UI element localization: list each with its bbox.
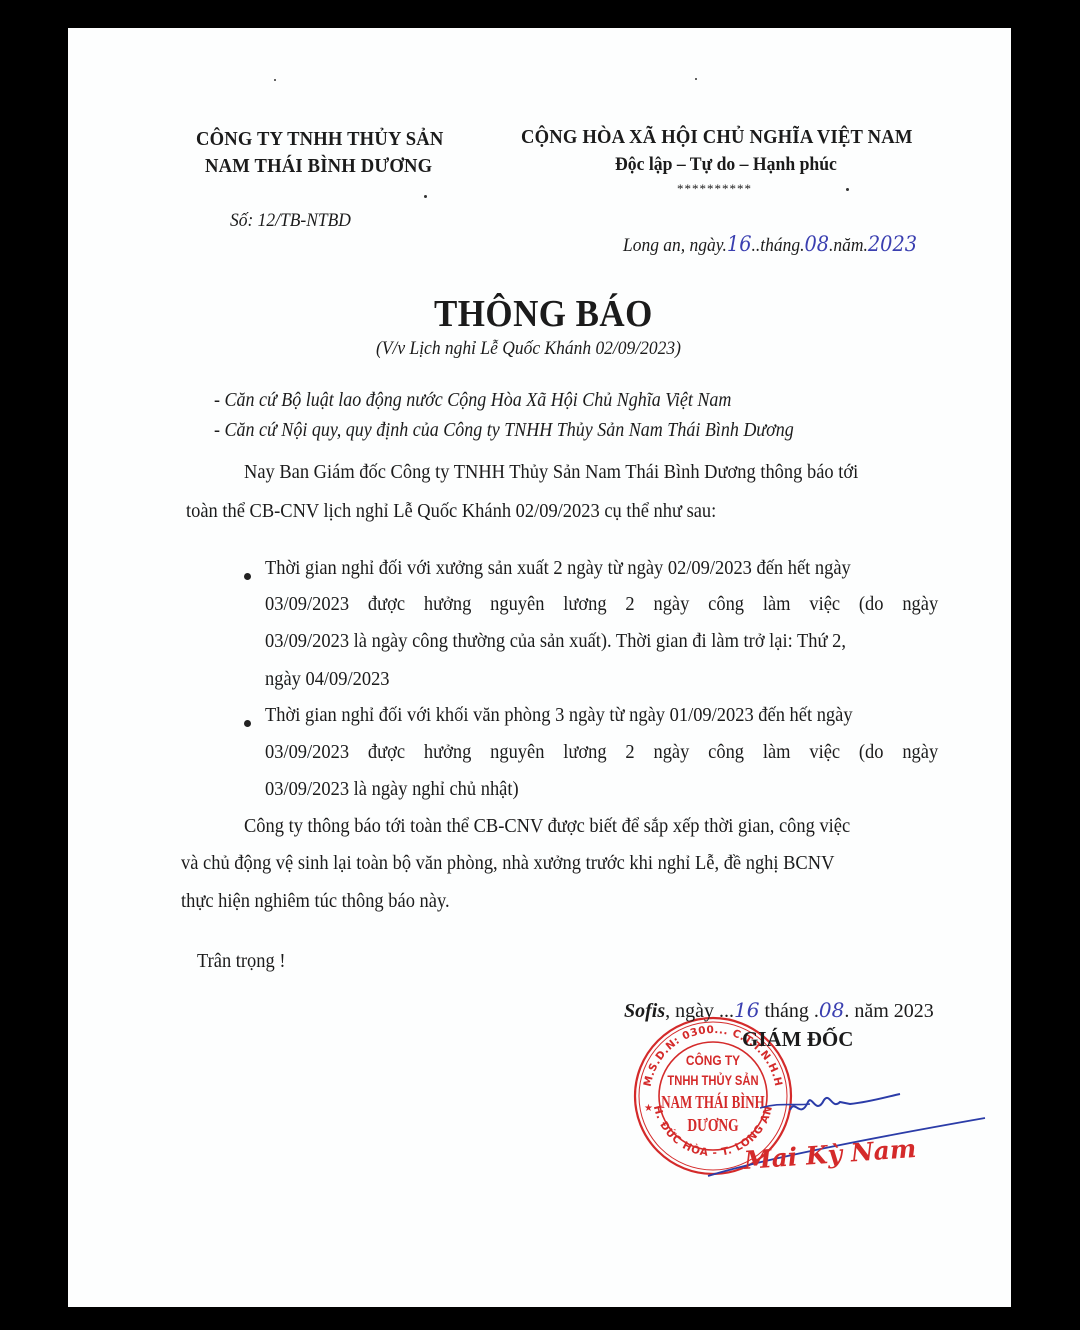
national-title: CỘNG HÒA XÃ HỘI CHỦ NGHĨA VIỆT NAM [521, 126, 913, 149]
bullet-1-line-2: 03/09/2023 được hưởng nguyên lương 2 ngà… [265, 593, 938, 616]
national-motto: Độc lập – Tự do – Hạnh phúc [615, 154, 837, 176]
scan-speck [424, 195, 427, 198]
closing-line-1: Công ty thông báo tới toàn thể CB-CNV đư… [244, 815, 850, 838]
intro-line-2: toàn thể CB-CNV lịch nghỉ Lễ Quốc Khánh … [186, 500, 716, 523]
handwritten-month: 08 [804, 232, 829, 256]
signing-year-label: . năm 2023 [844, 1000, 933, 1022]
legal-basis-2: - Căn cứ Nội quy, quy định của Công ty T… [214, 419, 794, 442]
company-name-line1: CÔNG TY TNHH THỦY SẢN [196, 128, 443, 151]
signing-day-label: , ngày ... [665, 1000, 734, 1022]
document-title: THÔNG BÁO [434, 292, 653, 336]
document-subtitle: (V/v Lịch nghỉ Lễ Quốc Khánh 02/09/2023) [376, 338, 681, 360]
signing-month: 08 [819, 998, 844, 1022]
year-label: .năm. [829, 235, 868, 256]
legal-basis-1: - Căn cứ Bộ luật lao động nước Cộng Hòa … [214, 389, 731, 412]
bullet-2-line-2: 03/09/2023 được hưởng nguyên lương 2 ngà… [265, 741, 938, 764]
document-number: Số: 12/TB-NTBD [230, 210, 351, 232]
signing-day: 16 [734, 998, 759, 1022]
stamp-star-icon: ★ [644, 1103, 653, 1114]
regards: Trân trọng ! [197, 950, 285, 973]
bullet-icon [244, 720, 251, 727]
company-name-line2: NAM THÁI BÌNH DƯƠNG [205, 155, 432, 178]
header-stars: ********** [677, 181, 752, 197]
scan-speck [274, 79, 276, 81]
stamp-line-1: CÔNG TY [686, 1052, 740, 1068]
signing-month-label: tháng . [759, 1000, 818, 1022]
handwritten-year: 2023 [868, 232, 917, 256]
scan-speck [846, 188, 849, 191]
intro-line-1: Nay Ban Giám đốc Công ty TNHH Thủy Sản N… [244, 461, 858, 484]
signing-date-line: Sofis, ngày ...16 tháng .08. năm 2023 [624, 998, 934, 1023]
closing-line-3: thực hiện nghiêm túc thông báo này. [181, 890, 450, 913]
bullet-2-line-1: Thời gian nghỉ đối với khối văn phòng 3 … [265, 704, 853, 727]
month-label: ..tháng. [752, 235, 805, 256]
bullet-1-line-4: ngày 04/09/2023 [265, 668, 390, 691]
bullet-1-line-3: 03/09/2023 là ngày công thường của sản x… [265, 630, 846, 653]
closing-line-2: và chủ động vệ sinh lại toàn bộ văn phòn… [181, 852, 834, 875]
bullet-2-line-3: 03/09/2023 là ngày nghỉ chủ nhật) [265, 778, 519, 801]
date-prefix: Long an, ngày. [623, 235, 727, 256]
handwritten-signature [700, 1080, 990, 1190]
bullet-icon [244, 573, 251, 580]
signing-place: Sofis [624, 1000, 665, 1022]
scan-speck [695, 78, 697, 80]
issue-date-line: Long an, ngày.16..tháng.08.năm.2023 [623, 232, 917, 257]
handwritten-day: 16 [727, 232, 752, 256]
bullet-1-line-1: Thời gian nghỉ đối với xưởng sản xuất 2 … [265, 557, 851, 580]
signer-role: GIÁM ĐỐC [742, 1027, 853, 1052]
